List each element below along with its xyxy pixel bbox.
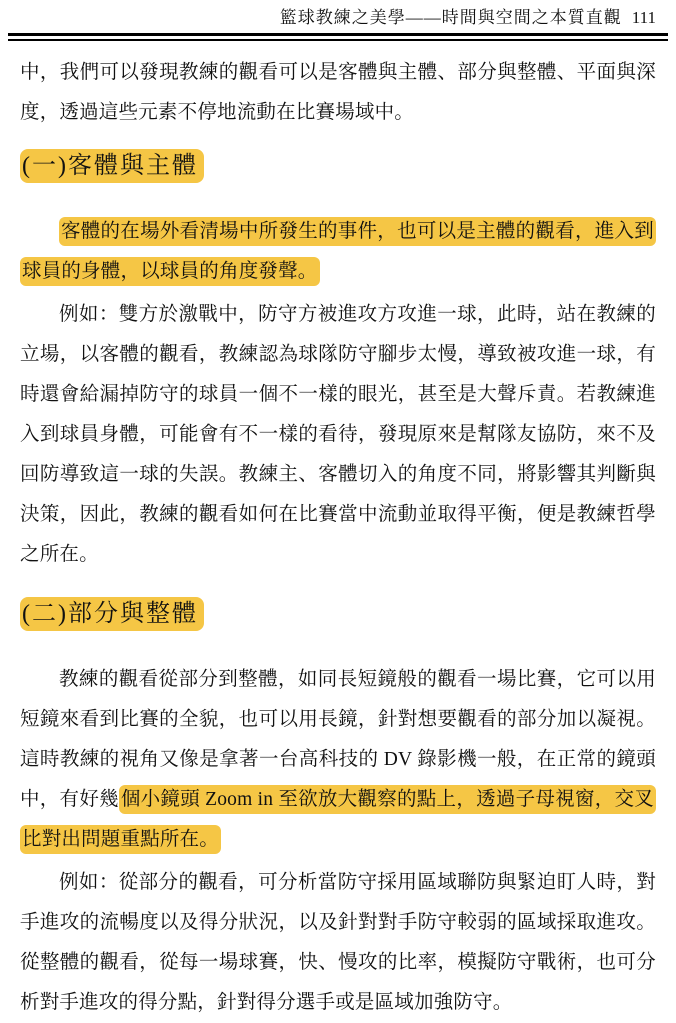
body-text: 中，我們可以發現教練的觀看可以是客體與主體、部分與整體、平面與深度，透過這些元素… — [20, 53, 656, 1023]
example-paragraph-1: 例如：雙方於激戰中，防守方被進攻方攻進一球，此時，站在教練的立場，以客體的觀看，… — [20, 295, 656, 575]
intro-paragraph: 中，我們可以發現教練的觀看可以是客體與主體、部分與整體、平面與深度，透過這些元素… — [20, 53, 656, 133]
document-page: 籃球教練之美學——時間與空間之本質直觀111 中，我們可以發現教練的觀看可以是客… — [0, 0, 676, 1023]
header-title: 籃球教練之美學——時間與空間之本質直觀 — [280, 8, 622, 27]
section-heading-1: (一)客體與主體 — [20, 147, 656, 185]
running-header: 籃球教練之美學——時間與空間之本質直觀111 — [20, 0, 656, 28]
heading-highlight-2: (二)部分與整體 — [20, 597, 204, 631]
highlighted-paragraph-1: 客體的在場外看清場中所發生的事件，也可以是主體的觀看，進入到球員的身體，以球員的… — [20, 212, 656, 292]
mixed-paragraph: 教練的觀看從部分到整體，如同長短鏡般的觀看一場比賽，它可以用短鏡來看到比賽的全貌… — [20, 660, 656, 860]
example-paragraph-2: 例如：從部分的觀看，可分析當防守採用區域聯防與緊迫盯人時，對手進攻的流暢度以及得… — [20, 863, 656, 1023]
header-rule — [8, 33, 668, 41]
highlighted-text-1: 客體的在場外看清場中所發生的事件，也可以是主體的觀看，進入到球員的身體，以球員的… — [20, 217, 656, 286]
section-heading-2: (二)部分與整體 — [20, 595, 656, 633]
page-number: 111 — [632, 8, 656, 27]
heading-highlight-1: (一)客體與主體 — [20, 149, 204, 183]
